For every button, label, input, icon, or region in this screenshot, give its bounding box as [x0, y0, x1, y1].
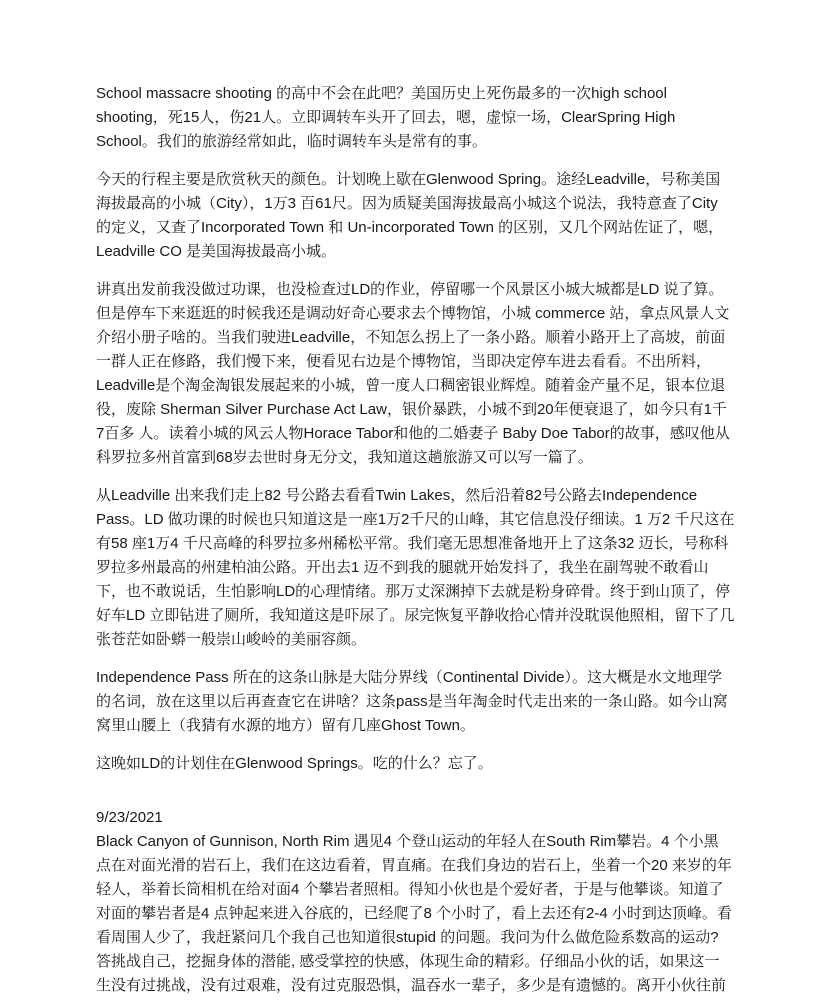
- text-line: 但是停车下来逛逛的时候我还是调动好奇心要求去个博物馆，小城 commerce 站…: [96, 302, 736, 326]
- text-line: School massacre shooting 的高中不会在此吧？美国历史上死…: [96, 82, 736, 106]
- text-line: 张苍茫如卧蟒一般崇山峻岭的美丽容颜。: [96, 628, 736, 652]
- text-line: Leadville是个淘金淘银发展起来的小城，曾一度人口稠密银业辉煌。随着金产量…: [96, 374, 736, 398]
- text-line: 海拔最高的小城（City），1万3 百61尺。因为质疑美国海拔最高小城这个说法，…: [96, 192, 736, 216]
- text-line: 好车LD 立即钻进了厕所，我知道这是吓尿了。尿完恢复平静收拾心情并没耽误他照相，…: [96, 604, 736, 628]
- document-page: School massacre shooting 的高中不会在此吧？美国历史上死…: [96, 82, 736, 998]
- paragraph: 今天的行程主要是欣赏秋天的颜色。计划晚上歇在Glenwood Spring。途经…: [96, 168, 736, 264]
- text-line: Leadville CO 是美国海拔最高小城。: [96, 240, 736, 264]
- text-line: 生没有过挑战，没有过艰难，没有过克服恐惧，温吞水一辈子，多少是有遗憾的。离开小伙…: [96, 974, 736, 998]
- text-line: Black Canyon of Gunnison, North Rim 遇见4 …: [96, 830, 736, 854]
- text-line: 役，废除 Sherman Silver Purchase Act Law，银价暴…: [96, 398, 736, 422]
- text-line: 这晚如LD的计划住在Glenwood Springs。吃的什么？忘了。: [96, 752, 736, 776]
- text-line: 科罗拉多州首富到68岁去世时身无分文，我知道这趟旅游又可以写一篇了。: [96, 446, 736, 470]
- paragraph: School massacre shooting 的高中不会在此吧？美国历史上死…: [96, 82, 736, 154]
- text-line: 看周围人少了，我赶紧问几个我自己也知道很stupid 的问题。我问为什么做危险系…: [96, 926, 736, 950]
- text-line: 的名词，放在这里以后再查查它在讲啥？这条pass是当年淘金时代走出来的一条山路。…: [96, 690, 736, 714]
- text-line: 的定义，又查了Incorporated Town 和 Un-incorporat…: [96, 216, 736, 240]
- text-line: shooting，死15人，伤21人。立即调转车头开了回去，嗯，虚惊一场，Cle…: [96, 106, 736, 130]
- text-line: 讲真出发前我没做过功课，也没检查过LD的作业，停留哪一个风景区小城大城都是LD …: [96, 278, 736, 302]
- paragraph: 讲真出发前我没做过功课，也没检查过LD的作业，停留哪一个风景区小城大城都是LD …: [96, 278, 736, 470]
- text-line: 轻人，举着长筒相机在给对面4 个攀岩者照相。得知小伙也是个爱好者，于是与他攀谈。…: [96, 878, 736, 902]
- text-line: Independence Pass 所在的这条山脉是大陆分界线（Continen…: [96, 666, 736, 690]
- paragraph: Independence Pass 所在的这条山脉是大陆分界线（Continen…: [96, 666, 736, 738]
- text-line: 罗拉多州最高的州建柏油公路。开出去1 迈不到我的腿就开始发抖了，我坐在副驾驶不敢…: [96, 556, 736, 580]
- text-line: 7百多 人。读着小城的风云人物Horace Tabor和他的二婚妻子 Baby …: [96, 422, 736, 446]
- text-line: 对面的攀岩者是4 点钟起来进入谷底的，已经爬了8 个小时了，看上去还有2-4 小…: [96, 902, 736, 926]
- text-line: 窝里山腰上（我猜有水源的地方）留有几座Ghost Town。: [96, 714, 736, 738]
- text-line: 介绍小册子啥的。当我们驶进Leadville，不知怎么拐上了一条小路。顺着小路开…: [96, 326, 736, 350]
- text-line: 有58 座1万4 千尺高峰的科罗拉多州稀松平常。我们毫无思想准备地开上了这条32…: [96, 532, 736, 556]
- text-line: 下，也不敢说话，生怕影响LD的心理情绪。那万丈深渊掉下去就是粉身碎骨。终于到山顶…: [96, 580, 736, 604]
- entry-date: 9/23/2021: [96, 806, 736, 830]
- text-line: 从Leadville 出来我们走上82 号公路去看看Twin Lakes，然后沿…: [96, 484, 736, 508]
- text-line: Pass。LD 做功课的时候也只知道这是一座1万2千尺的山峰，其它信息没仔细读。…: [96, 508, 736, 532]
- text-line: 答挑战自己，挖掘身体的潜能, 感受掌控的快感，体现生命的精彩。仔细品小伙的话，如…: [96, 950, 736, 974]
- paragraph: 从Leadville 出来我们走上82 号公路去看看Twin Lakes，然后沿…: [96, 484, 736, 652]
- text-line: School。我们的旅游经常如此，临时调转车头是常有的事。: [96, 130, 736, 154]
- text-line: 今天的行程主要是欣赏秋天的颜色。计划晚上歇在Glenwood Spring。途经…: [96, 168, 736, 192]
- text-line: 点在对面光滑的岩石上，我们在这边看着，胃直痛。在我们身边的岩石上，坐着一个20 …: [96, 854, 736, 878]
- text-line: 一群人正在修路，我们慢下来，便看见右边是个博物馆，当即决定停车进去看看。不出所料…: [96, 350, 736, 374]
- paragraph: 这晚如LD的计划住在Glenwood Springs。吃的什么？忘了。: [96, 752, 736, 776]
- journal-entry-dated: 9/23/2021Black Canyon of Gunnison, North…: [96, 806, 736, 998]
